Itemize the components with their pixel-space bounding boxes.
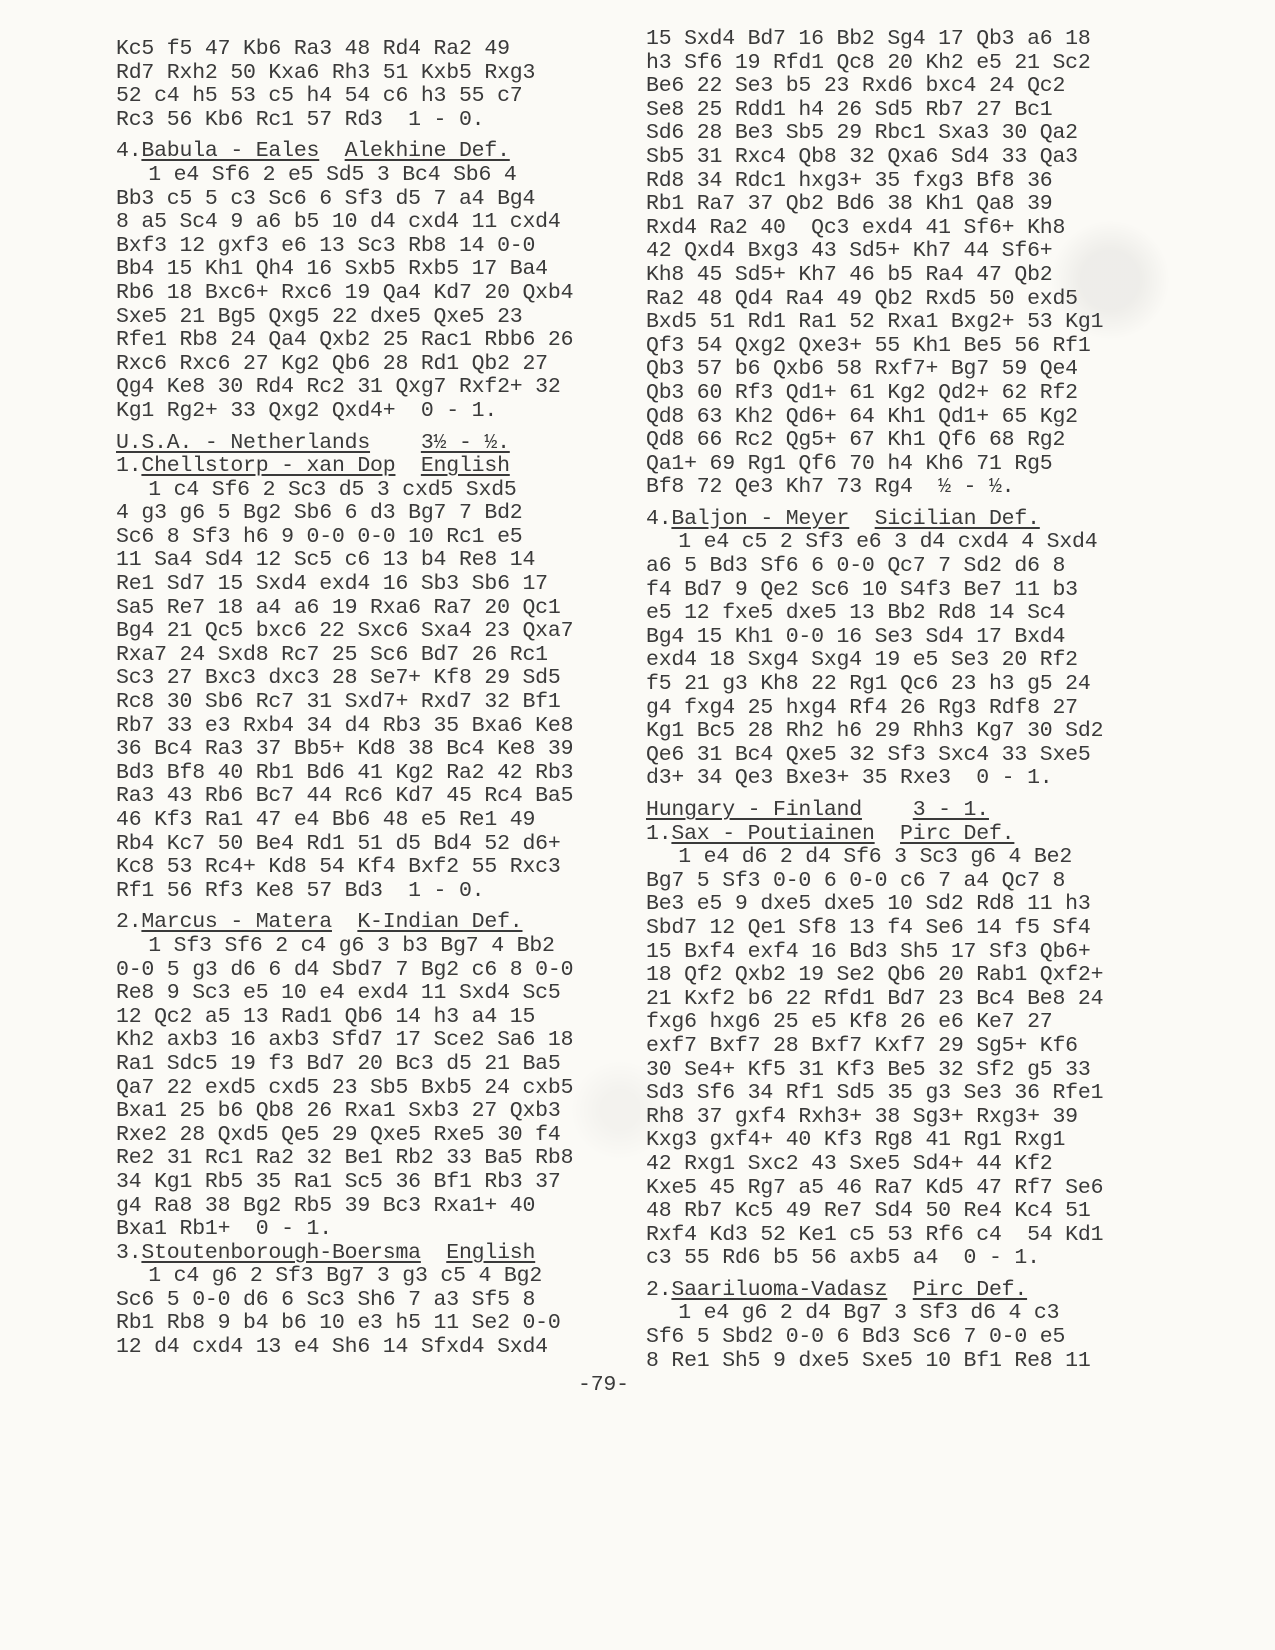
match-heading: U.S.A. - Netherlands 3½ - ½.	[116, 432, 596, 456]
moves-line: 4 g3 g6 5 Bg2 Sb6 6 d3 Bg7 7 Bd2	[116, 502, 596, 526]
moves-line: Bg4 21 Qc5 bxc6 22 Sxc6 Sxa4 23 Qxa7	[116, 620, 596, 644]
game-players: Stoutenborough-Boersma	[141, 1241, 420, 1265]
game-number: 2.	[646, 1278, 671, 1302]
game-opening: English	[446, 1241, 535, 1265]
moves-line: Bb3 c5 5 c3 Sc6 6 Sf3 d5 7 a4 Bg4	[116, 188, 596, 212]
moves-line: Be3 e5 9 dxe5 dxe5 10 Sd2 Rd8 11 h3	[646, 893, 1126, 917]
match-teams: Hungary - Finland	[646, 798, 862, 822]
moves-line: Sa5 Re7 18 a4 a6 19 Rxa6 Ra7 20 Qc1	[116, 597, 596, 621]
game-heading: 2.Saariluoma-Vadasz Pirc Def.	[646, 1279, 1126, 1303]
moves-line: Bxf3 12 gxf3 e6 13 Sc3 Rb8 14 0-0	[116, 235, 596, 259]
moves-line: 1 e4 c5 2 Sf3 e6 3 d4 cxd4 4 Sxd4	[646, 531, 1126, 555]
game-heading: 2.Marcus - Matera K-Indian Def.	[116, 911, 596, 935]
moves-line: c3 55 Rd6 b5 56 axb5 a4 0 - 1.	[646, 1247, 1126, 1271]
moves-line: Kxg3 gxf4+ 40 Kf3 Rg8 41 Rg1 Rxg1	[646, 1129, 1126, 1153]
moves-line: Rxa7 24 Sxd8 Rc7 25 Sc6 Bd7 26 Rc1	[116, 644, 596, 668]
moves-line: Sf6 5 Sbd2 0-0 6 Bd3 Sc6 7 0-0 e5	[646, 1326, 1126, 1350]
moves-line: Qb3 60 Rf3 Qd1+ 61 Kg2 Qd2+ 62 Rf2	[646, 382, 1126, 406]
moves-line: Rb1 Rb8 9 b4 b6 10 e3 h5 11 Se2 0-0	[116, 1312, 596, 1336]
moves-line: 0-0 5 g3 d6 6 d4 Sbd7 7 Bg2 c6 8 0-0	[116, 959, 596, 983]
game-heading: 4.Baljon - Meyer Sicilian Def.	[646, 508, 1126, 532]
game-opening: Sicilian Def.	[875, 507, 1040, 531]
right-column: 15 Sxd4 Bd7 16 Bb2 Sg4 17 Qb3 a6 18h3 Sf…	[646, 28, 1126, 1373]
moves-line: Ra2 48 Qd4 Ra4 49 Qb2 Rxd5 50 exd5	[646, 288, 1126, 312]
moves-line: 46 Kf3 Ra1 47 e4 Bb6 48 e5 Re1 49	[116, 809, 596, 833]
moves-line: Rb7 33 e3 Rxb4 34 d4 Rb3 35 Bxa6 Ke8	[116, 715, 596, 739]
moves-line: Qd8 63 Kh2 Qd6+ 64 Kh1 Qd1+ 65 Kg2	[646, 406, 1126, 430]
moves-line: Rb1 Ra7 37 Qb2 Bd6 38 Kh1 Qa8 39	[646, 193, 1126, 217]
game-opening: Pirc Def.	[913, 1278, 1027, 1302]
game-heading: 1.Sax - Poutiainen Pirc Def.	[646, 823, 1126, 847]
moves-line: Re2 31 Rc1 Ra2 32 Be1 Rb2 33 Ba5 Rb8	[116, 1147, 596, 1171]
moves-line: 1 e4 g6 2 d4 Bg7 3 Sf3 d6 4 c3	[646, 1302, 1126, 1326]
moves-line: Qd8 66 Rc2 Qg5+ 67 Kh1 Qf6 68 Rg2	[646, 429, 1126, 453]
moves-line: Bxa1 Rb1+ 0 - 1.	[116, 1218, 596, 1242]
moves-line: Re1 Sd7 15 Sxd4 exd4 16 Sb3 Sb6 17	[116, 573, 596, 597]
moves-line: Kxe5 45 Rg7 a5 46 Ra7 Kd5 47 Rf7 Se6	[646, 1177, 1126, 1201]
moves-line: f4 Bd7 9 Qe2 Sc6 10 S4f3 Be7 11 b3	[646, 579, 1126, 603]
moves-line: Sc6 8 Sf3 h6 9 0-0 0-0 10 Rc1 e5	[116, 526, 596, 550]
moves-line: Qf3 54 Qxg2 Qxe3+ 55 Kh1 Be5 56 Rf1	[646, 335, 1126, 359]
moves-line: Rd8 34 Rdc1 hxg3+ 35 fxg3 Bf8 36	[646, 170, 1126, 194]
moves-line: g4 fxg4 25 hxg4 Rf4 26 Rg3 Rdf8 27	[646, 697, 1126, 721]
moves-line: h3 Sf6 19 Rfd1 Qc8 20 Kh2 e5 21 Sc2	[646, 52, 1126, 76]
moves-line: Ra1 Sdc5 19 f3 Bd7 20 Bc3 d5 21 Ba5	[116, 1053, 596, 1077]
game-players: Marcus - Matera	[141, 910, 332, 934]
moves-line: 1 e4 d6 2 d4 Sf6 3 Sc3 g6 4 Be2	[646, 846, 1126, 870]
moves-line: Qg4 Ke8 30 Rd4 Rc2 31 Qxg7 Rxf2+ 32	[116, 376, 596, 400]
game-players: Saariluoma-Vadasz	[671, 1278, 887, 1302]
moves-line: Rh8 37 gxf4 Rxh3+ 38 Sg3+ Rxg3+ 39	[646, 1106, 1126, 1130]
moves-line: 1 Sf3 Sf6 2 c4 g6 3 b3 Bg7 4 Bb2	[116, 935, 596, 959]
moves-line: Sbd7 12 Qe1 Sf8 13 f4 Se6 14 f5 Sf4	[646, 917, 1126, 941]
moves-line: Rd7 Rxh2 50 Kxa6 Rh3 51 Kxb5 Rxg3	[116, 62, 596, 86]
game-heading: 4.Babula - Eales Alekhine Def.	[116, 140, 596, 164]
game-opening: Pirc Def.	[900, 822, 1014, 846]
moves-line: Bxd5 51 Rd1 Ra1 52 Rxa1 Bxg2+ 53 Kg1	[646, 311, 1126, 335]
moves-line: Sc6 5 0-0 d6 6 Sc3 Sh6 7 a3 Sf5 8	[116, 1289, 596, 1313]
match-teams: U.S.A. - Netherlands	[116, 431, 370, 455]
moves-line: 34 Kg1 Rb5 35 Ra1 Sc5 36 Bf1 Rb3 37	[116, 1171, 596, 1195]
moves-line: Bg4 15 Kh1 0-0 16 Se3 Sd4 17 Bxd4	[646, 626, 1126, 650]
moves-line: Kg1 Bc5 28 Rh2 h6 29 Rhh3 Kg7 30 Sd2	[646, 720, 1126, 744]
moves-line: Rxd4 Ra2 40 Qc3 exd4 41 Sf6+ Kh8	[646, 217, 1126, 241]
moves-line: fxg6 hxg6 25 e5 Kf8 26 e6 Ke7 27	[646, 1011, 1126, 1035]
moves-line: g4 Ra8 38 Bg2 Rb5 39 Bc3 Rxa1+ 40	[116, 1195, 596, 1219]
moves-line: Sb5 31 Rxc4 Qb8 32 Qxa6 Sd4 33 Qa3	[646, 146, 1126, 170]
moves-line: Se8 25 Rdd1 h4 26 Sd5 Rb7 27 Bc1	[646, 99, 1126, 123]
moves-line: Kh2 axb3 16 axb3 Sfd7 17 Sce2 Sa6 18	[116, 1029, 596, 1053]
moves-line: 8 a5 Sc4 9 a6 b5 10 d4 cxd4 11 cxd4	[116, 211, 596, 235]
game-heading: 3.Stoutenborough-Boersma English	[116, 1242, 596, 1266]
moves-line: Rfe1 Rb8 24 Qa4 Qxb2 25 Rac1 Rbb6 26	[116, 329, 596, 353]
game-players: Baljon - Meyer	[671, 507, 849, 531]
moves-line: 11 Sa4 Sd4 12 Sc5 c6 13 b4 Re8 14	[116, 549, 596, 573]
moves-line: 21 Kxf2 b6 22 Rfd1 Bd7 23 Bc4 Be8 24	[646, 988, 1126, 1012]
moves-line: d3+ 34 Qe3 Bxe3+ 35 Rxe3 0 - 1.	[646, 767, 1126, 791]
moves-line: Sd6 28 Be3 Sb5 29 Rbc1 Sxa3 30 Qa2	[646, 122, 1126, 146]
moves-line: 1 c4 Sf6 2 Sc3 d5 3 cxd5 Sxd5	[116, 479, 596, 503]
moves-line: Rxe2 28 Qxd5 Qe5 29 Qxe5 Rxe5 30 f4	[116, 1124, 596, 1148]
moves-line: 1 c4 g6 2 Sf3 Bg7 3 g3 c5 4 Bg2	[116, 1265, 596, 1289]
moves-line: Qa7 22 exd5 cxd5 23 Sb5 Bxb5 24 cxb5	[116, 1077, 596, 1101]
moves-line: Qe6 31 Bc4 Qxe5 32 Sf3 Sxc4 33 Sxe5	[646, 744, 1126, 768]
moves-line: Rxf4 Kd3 52 Ke1 c5 53 Rf6 c4 54 Kd1	[646, 1224, 1126, 1248]
game-opening: Alekhine Def.	[345, 139, 510, 163]
moves-line: Rf1 56 Rf3 Ke8 57 Bd3 1 - 0.	[116, 880, 596, 904]
moves-line: Be6 22 Se3 b5 23 Rxd6 bxc4 24 Qc2	[646, 75, 1126, 99]
game-heading: 1.Chellstorp - xan Dop English	[116, 455, 596, 479]
moves-line: Rb6 18 Bxc6+ Rxc6 19 Qa4 Kd7 20 Qxb4	[116, 282, 596, 306]
moves-line: Bb4 15 Kh1 Qh4 16 Sxb5 Rxb5 17 Ba4	[116, 258, 596, 282]
moves-line: 42 Rxg1 Sxc2 43 Sxe5 Sd4+ 44 Kf2	[646, 1153, 1126, 1177]
moves-line: Kc5 f5 47 Kb6 Ra3 48 Rd4 Ra2 49	[116, 38, 596, 62]
moves-line: 1 e4 Sf6 2 e5 Sd5 3 Bc4 Sb6 4	[116, 164, 596, 188]
game-number: 1.	[646, 822, 671, 846]
moves-line: Bxa1 25 b6 Qb8 26 Rxa1 Sxb3 27 Qxb3	[116, 1100, 596, 1124]
moves-line: 15 Bxf4 exf4 16 Bd3 Sh5 17 Sf3 Qb6+	[646, 941, 1126, 965]
moves-line: 48 Rb7 Kc5 49 Re7 Sd4 50 Re4 Kc4 51	[646, 1200, 1126, 1224]
match-score: 3½ - ½.	[421, 431, 510, 455]
moves-line: a6 5 Bd3 Sf6 6 0-0 Qc7 7 Sd2 d6 8	[646, 555, 1126, 579]
match-heading: Hungary - Finland 3 - 1.	[646, 799, 1126, 823]
moves-line: 36 Bc4 Ra3 37 Bb5+ Kd8 38 Bc4 Ke8 39	[116, 738, 596, 762]
moves-line: 18 Qf2 Qxb2 19 Se2 Qb6 20 Rab1 Qxf2+	[646, 964, 1126, 988]
match-score: 3 - 1.	[913, 798, 989, 822]
left-column: Kc5 f5 47 Kb6 Ra3 48 Rd4 Ra2 49Rd7 Rxh2 …	[116, 38, 596, 1360]
moves-line: exd4 18 Sxg4 Sxg4 19 e5 Se3 20 Rf2	[646, 649, 1126, 673]
game-number: 3.	[116, 1241, 141, 1265]
moves-line: Kc8 53 Rc4+ Kd8 54 Kf4 Bxf2 55 Rxc3	[116, 856, 596, 880]
moves-line: Re8 9 Sc3 e5 10 e4 exd4 11 Sxd4 Sc5	[116, 982, 596, 1006]
page-number: -79-	[578, 1373, 629, 1397]
game-number: 4.	[646, 507, 671, 531]
moves-line: 8 Re1 Sh5 9 dxe5 Sxe5 10 Bf1 Re8 11	[646, 1350, 1126, 1374]
moves-line: Rb4 Kc7 50 Be4 Rd1 51 d5 Bd4 52 d6+	[116, 833, 596, 857]
moves-line: f5 21 g3 Kh8 22 Rg1 Qc6 23 h3 g5 24	[646, 673, 1126, 697]
game-players: Sax - Poutiainen	[671, 822, 874, 846]
moves-line: Qa1+ 69 Rg1 Qf6 70 h4 Kh6 71 Rg5	[646, 453, 1126, 477]
moves-line: Qb3 57 b6 Qxb6 58 Rxf7+ Bg7 59 Qe4	[646, 358, 1126, 382]
moves-line: e5 12 fxe5 dxe5 13 Bb2 Rd8 14 Sc4	[646, 602, 1126, 626]
moves-line: 12 d4 cxd4 13 e4 Sh6 14 Sfxd4 Sxd4	[116, 1336, 596, 1360]
moves-line: Sxe5 21 Bg5 Qxg5 22 dxe5 Qxe5 23	[116, 306, 596, 330]
moves-line: Ra3 43 Rb6 Bc7 44 Rc6 Kd7 45 Rc4 Ba5	[116, 785, 596, 809]
moves-line: 15 Sxd4 Bd7 16 Bb2 Sg4 17 Qb3 a6 18	[646, 28, 1126, 52]
moves-line: 30 Se4+ Kf5 31 Kf3 Be5 32 Sf2 g5 33	[646, 1059, 1126, 1083]
game-opening: K-Indian Def.	[357, 910, 522, 934]
moves-line: 12 Qc2 a5 13 Rad1 Qb6 14 h3 a4 15	[116, 1006, 596, 1030]
moves-line: Rc8 30 Sb6 Rc7 31 Sxd7+ Rxd7 32 Bf1	[116, 691, 596, 715]
game-players: Babula - Eales	[141, 139, 319, 163]
moves-line: Kh8 45 Sd5+ Kh7 46 b5 Ra4 47 Qb2	[646, 264, 1126, 288]
moves-line: Rxc6 Rxc6 27 Kg2 Qb6 28 Rd1 Qb2 27	[116, 353, 596, 377]
moves-line: 52 c4 h5 53 c5 h4 54 c6 h3 55 c7	[116, 85, 596, 109]
game-number: 4.	[116, 139, 141, 163]
game-players: Chellstorp - xan Dop	[141, 454, 395, 478]
moves-line: Rc3 56 Kb6 Rc1 57 Rd3 1 - 0.	[116, 109, 596, 133]
moves-line: 42 Qxd4 Bxg3 43 Sd5+ Kh7 44 Sf6+	[646, 240, 1126, 264]
game-opening: English	[421, 454, 510, 478]
moves-line: Sc3 27 Bxc3 dxc3 28 Se7+ Kf8 29 Sd5	[116, 667, 596, 691]
game-number: 2.	[116, 910, 141, 934]
moves-line: Bg7 5 Sf3 0-0 6 0-0 c6 7 a4 Qc7 8	[646, 870, 1126, 894]
moves-line: Sd3 Sf6 34 Rf1 Sd5 35 g3 Se3 36 Rfe1	[646, 1082, 1126, 1106]
moves-line: Kg1 Rg2+ 33 Qxg2 Qxd4+ 0 - 1.	[116, 400, 596, 424]
game-number: 1.	[116, 454, 141, 478]
moves-line: exf7 Bxf7 28 Bxf7 Kxf7 29 Sg5+ Kf6	[646, 1035, 1126, 1059]
moves-line: Bf8 72 Qe3 Kh7 73 Rg4 ½ - ½.	[646, 476, 1126, 500]
moves-line: Bd3 Bf8 40 Rb1 Bd6 41 Kg2 Ra2 42 Rb3	[116, 762, 596, 786]
